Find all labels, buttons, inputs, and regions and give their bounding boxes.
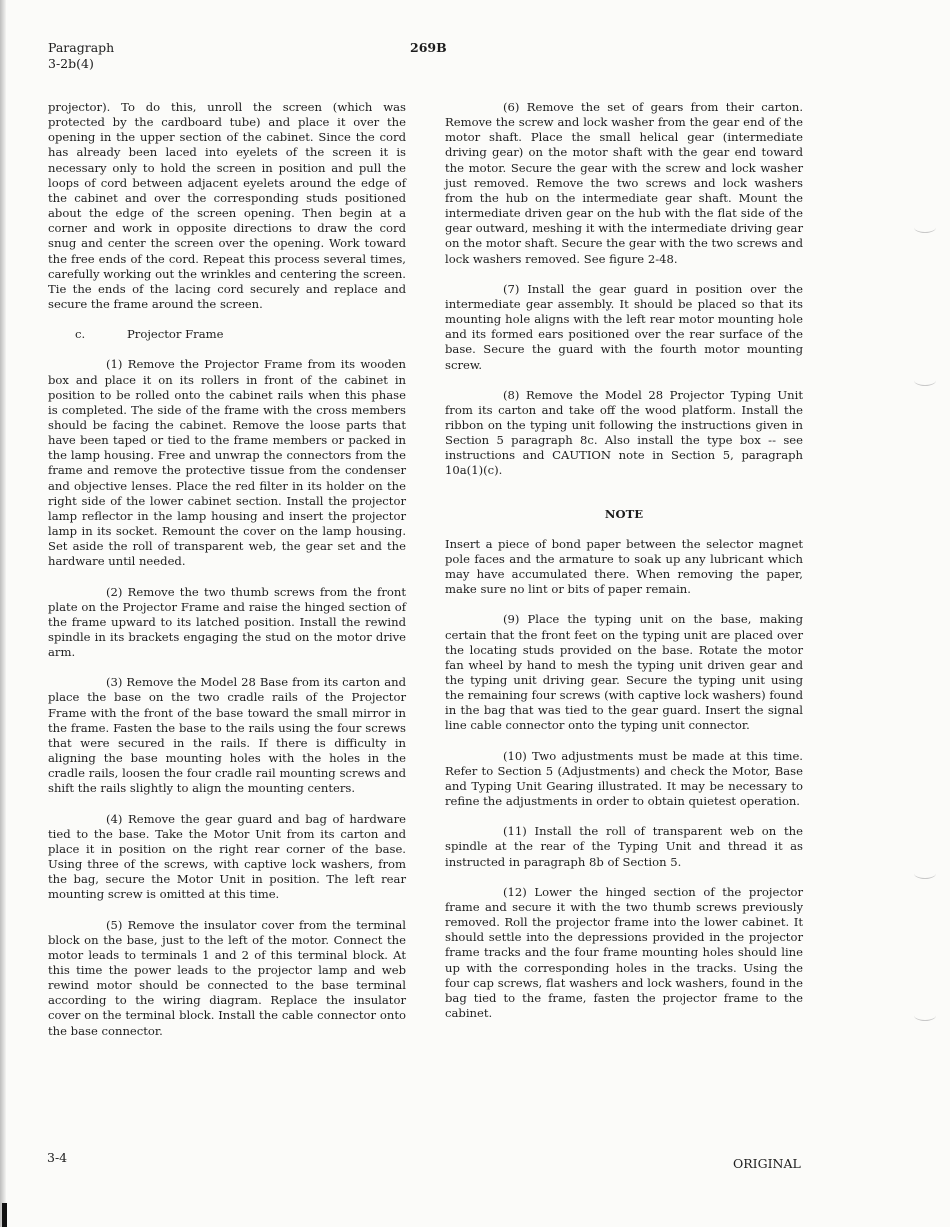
document-status: ORIGINAL [733, 1156, 801, 1171]
binder-hole-mark [914, 222, 936, 233]
binder-hole-mark [914, 868, 936, 879]
step-7: (7) Install the gear guard in position o… [445, 282, 803, 373]
section-heading: c.Projector Frame [75, 327, 406, 342]
binder-hole-mark [914, 375, 936, 386]
note-title: NOTE [445, 507, 803, 522]
header-label: Paragraph [48, 40, 114, 56]
page-header-paragraph: Paragraph 3-2b(4) [48, 40, 114, 72]
step-10: (10) Two adjustments must be made at thi… [445, 749, 803, 810]
paragraph-continued: projector). To do this, unroll the scree… [48, 100, 406, 312]
right-column: (6) Remove the set of gears from their c… [445, 100, 803, 1036]
scan-edge-shadow [0, 0, 6, 1227]
note-text: Insert a piece of bond paper between the… [445, 537, 803, 598]
step-4: (4) Remove the gear guard and bag of har… [48, 812, 406, 903]
step-12: (12) Lower the hinged section of the pro… [445, 885, 803, 1021]
step-11: (11) Install the roll of transparent web… [445, 824, 803, 869]
step-2: (2) Remove the two thumb screws from the… [48, 585, 406, 661]
step-9: (9) Place the typing unit on the base, m… [445, 612, 803, 733]
step-5: (5) Remove the insulator cover from the … [48, 918, 406, 1039]
left-column: projector). To do this, unroll the scree… [48, 100, 406, 1054]
step-1: (1) Remove the Projector Frame from its … [48, 357, 406, 569]
step-6: (6) Remove the set of gears from their c… [445, 100, 803, 267]
document-number: 269B [410, 40, 447, 55]
step-3: (3) Remove the Model 28 Base from its ca… [48, 675, 406, 796]
scan-edge-mark [2, 1203, 7, 1227]
section-letter: c. [75, 327, 127, 342]
header-paragraph-ref: 3-2b(4) [48, 56, 114, 72]
step-8: (8) Remove the Model 28 Projector Typing… [445, 388, 803, 479]
binder-hole-mark [914, 1010, 936, 1021]
section-title: Projector Frame [127, 327, 224, 341]
page-number: 3-4 [47, 1150, 67, 1165]
